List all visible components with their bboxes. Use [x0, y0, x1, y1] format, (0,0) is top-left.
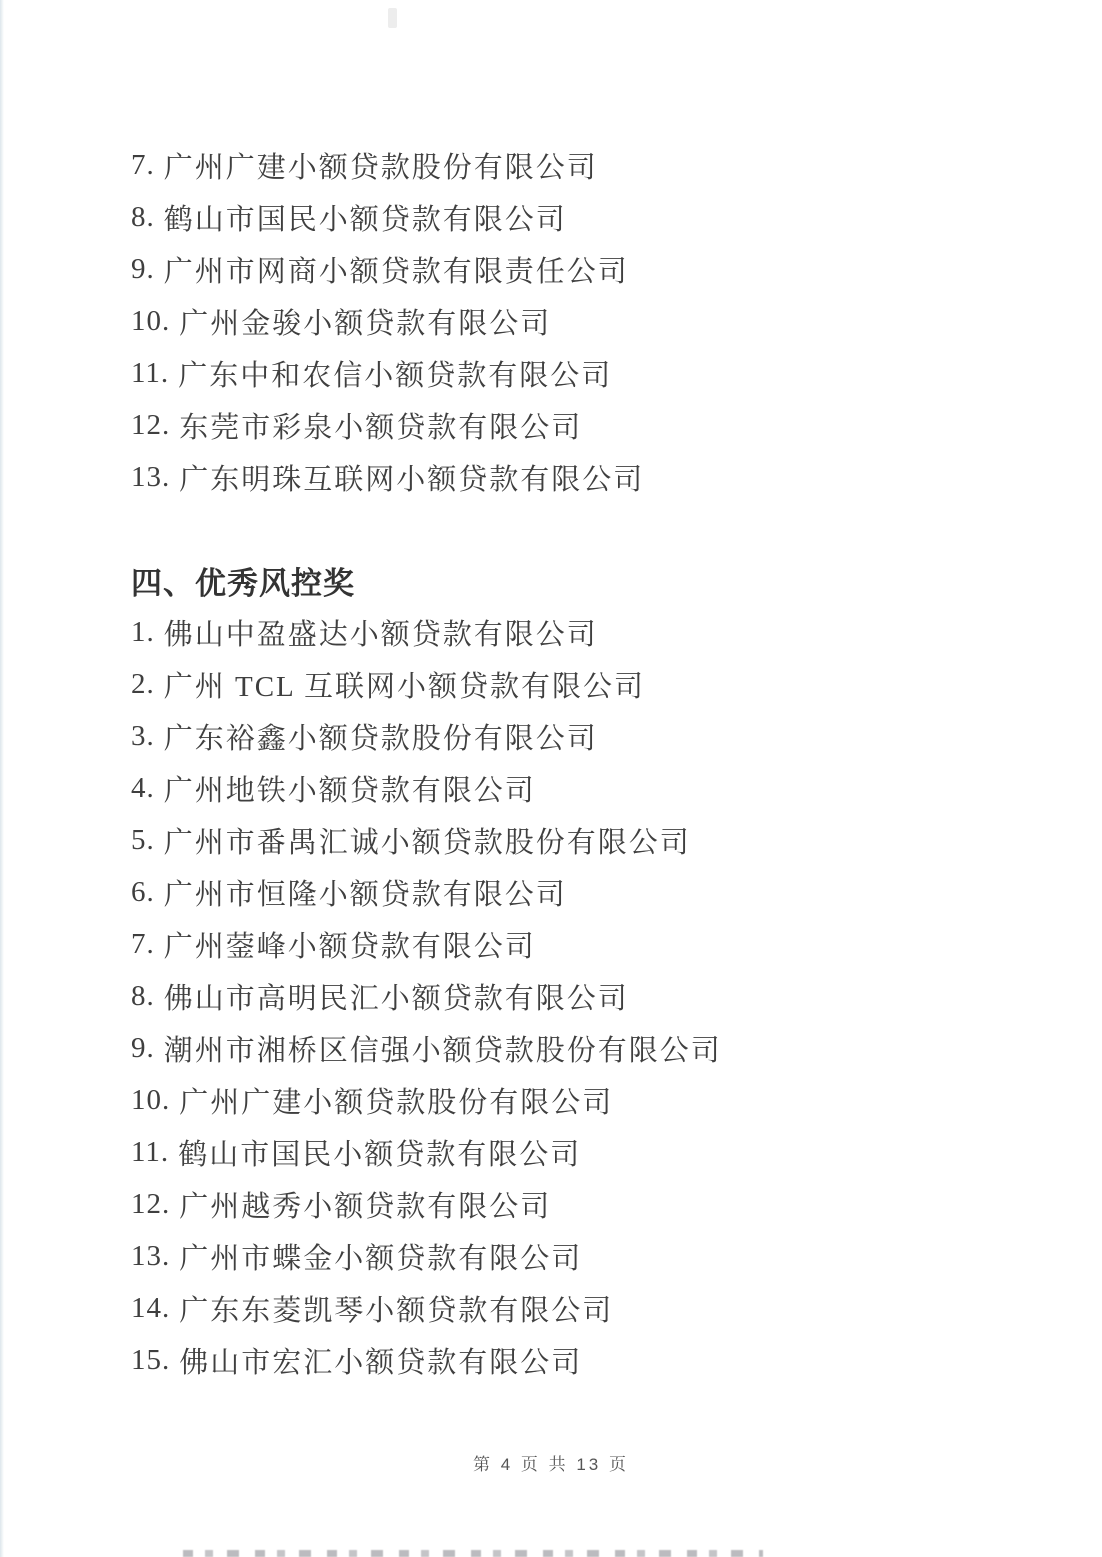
- document-body: 7.广州广建小额贷款股份有限公司8.鹤山市国民小额贷款有限公司9.广州市网商小额…: [131, 139, 722, 1386]
- list-item: 11.广东中和农信小额贷款有限公司: [131, 347, 722, 399]
- section-four-award-list: 1.佛山中盈盛达小额贷款有限公司2.广州 TCL 互联网小额贷款有限公司3.广东…: [131, 606, 722, 1386]
- company-name: 广州金骏小额贷款有限公司: [179, 301, 551, 342]
- scan-smudge: [388, 8, 397, 28]
- list-item: 12.广州越秀小额贷款有限公司: [131, 1178, 722, 1230]
- company-name: 广州广建小额贷款股份有限公司: [179, 1080, 613, 1121]
- item-number: 10.: [131, 1084, 170, 1117]
- next-page-cutoff-strip: [183, 1550, 763, 1557]
- item-number: 10.: [131, 305, 170, 338]
- list-item: 7.广州蓥峰小额贷款有限公司: [131, 918, 722, 970]
- list-item: 8.佛山市高明民汇小额贷款有限公司: [131, 970, 722, 1022]
- item-number: 12.: [131, 409, 170, 442]
- company-name: 潮州市湘桥区信强小额贷款股份有限公司: [164, 1028, 722, 1069]
- company-name: 广州广建小额贷款股份有限公司: [164, 145, 598, 186]
- list-item: 9.广州市网商小额贷款有限责任公司: [131, 243, 722, 295]
- list-item: 1.佛山中盈盛达小额贷款有限公司: [131, 606, 722, 658]
- company-name: 广州地铁小额贷款有限公司: [164, 768, 536, 809]
- page-footer: 第 4 页 共 13 页: [0, 1450, 1102, 1475]
- item-number: 9.: [131, 253, 155, 286]
- list-item: 6.广州市恒隆小额贷款有限公司: [131, 866, 722, 918]
- company-name: 广州市番禺汇诚小额贷款股份有限公司: [164, 820, 691, 861]
- company-name: 广州 TCL 互联网小额贷款有限公司: [164, 664, 645, 705]
- list-item: 13.广州市蝶金小额贷款有限公司: [131, 1230, 722, 1282]
- continued-award-list: 7.广州广建小额贷款股份有限公司8.鹤山市国民小额贷款有限公司9.广州市网商小额…: [131, 139, 722, 503]
- section-heading: 四、优秀风控奖: [131, 554, 722, 606]
- company-name: 广州蓥峰小额贷款有限公司: [164, 924, 536, 965]
- item-number: 7.: [131, 149, 155, 182]
- item-number: 13.: [131, 1240, 170, 1273]
- item-number: 9.: [131, 1032, 155, 1065]
- company-name: 广东东菱凯琴小额贷款有限公司: [179, 1288, 613, 1329]
- company-name: 东莞市彩泉小额贷款有限公司: [179, 405, 582, 446]
- item-number: 7.: [131, 928, 155, 961]
- company-name: 鹤山市国民小额贷款有限公司: [178, 1132, 581, 1173]
- company-name: 广东明珠互联网小额贷款有限公司: [179, 457, 644, 498]
- company-name: 广东裕鑫小额贷款股份有限公司: [164, 716, 598, 757]
- list-item: 2.广州 TCL 互联网小额贷款有限公司: [131, 658, 722, 710]
- item-number: 6.: [131, 876, 155, 909]
- item-number: 12.: [131, 1188, 170, 1221]
- list-item: 15.佛山市宏汇小额贷款有限公司: [131, 1334, 722, 1386]
- company-name: 佛山市宏汇小额贷款有限公司: [179, 1340, 582, 1381]
- company-name: 佛山市高明民汇小额贷款有限公司: [164, 976, 629, 1017]
- list-item: 4.广州地铁小额贷款有限公司: [131, 762, 722, 814]
- list-item: 10.广州广建小额贷款股份有限公司: [131, 1074, 722, 1126]
- item-number: 15.: [131, 1344, 170, 1377]
- company-name: 广州市网商小额贷款有限责任公司: [164, 249, 629, 290]
- item-number: 13.: [131, 461, 170, 494]
- company-name: 佛山中盈盛达小额贷款有限公司: [164, 612, 598, 653]
- item-number: 8.: [131, 980, 155, 1013]
- company-name: 鹤山市国民小额贷款有限公司: [164, 197, 567, 238]
- item-number: 5.: [131, 824, 155, 857]
- document-page: { "colors": { "page_background": "#fffff…: [0, 0, 1102, 1557]
- list-item: 5.广州市番禺汇诚小额贷款股份有限公司: [131, 814, 722, 866]
- list-item: 14.广东东菱凯琴小额贷款有限公司: [131, 1282, 722, 1334]
- item-number: 11.: [131, 357, 169, 390]
- item-number: 3.: [131, 720, 155, 753]
- company-name: 广州市恒隆小额贷款有限公司: [164, 872, 567, 913]
- company-name: 广东中和农信小额贷款有限公司: [178, 353, 612, 394]
- list-item: 3.广东裕鑫小额贷款股份有限公司: [131, 710, 722, 762]
- item-number: 4.: [131, 772, 155, 805]
- company-name: 广州越秀小额贷款有限公司: [179, 1184, 551, 1225]
- item-number: 1.: [131, 616, 155, 649]
- company-name: 广州市蝶金小额贷款有限公司: [179, 1236, 582, 1277]
- list-item: 9.潮州市湘桥区信强小额贷款股份有限公司: [131, 1022, 722, 1074]
- list-item: 10.广州金骏小额贷款有限公司: [131, 295, 722, 347]
- item-number: 2.: [131, 668, 155, 701]
- list-item: 11.鹤山市国民小额贷款有限公司: [131, 1126, 722, 1178]
- list-item: 12.东莞市彩泉小额贷款有限公司: [131, 399, 722, 451]
- item-number: 14.: [131, 1292, 170, 1325]
- item-number: 11.: [131, 1136, 169, 1169]
- list-item: 13.广东明珠互联网小额贷款有限公司: [131, 451, 722, 503]
- list-item: 7.广州广建小额贷款股份有限公司: [131, 139, 722, 191]
- page-edge-shadow: [0, 0, 4, 1557]
- item-number: 8.: [131, 201, 155, 234]
- list-item: 8.鹤山市国民小额贷款有限公司: [131, 191, 722, 243]
